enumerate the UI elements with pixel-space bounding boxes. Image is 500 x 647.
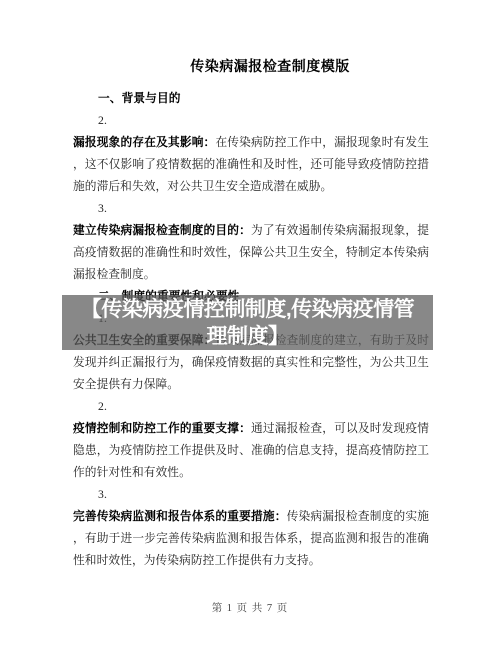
paragraph-line: 漏报现象的存在及其影响：在传染病防控工作中，漏报现象时有发生 — [73, 132, 429, 154]
section-heading-1: 一、背景与目的 — [73, 88, 429, 110]
paragraph-line: 施的滞后和失效，对公共卫生安全造成潜在威胁。 — [73, 176, 429, 198]
watermark-text-line-1: 【传染病疫情控制制度,传染病疫情管 — [81, 296, 414, 323]
paragraph-lead: 疫情控制和防控工作的重要支撑： — [73, 422, 251, 435]
page-number-footer: 第 1 页 共 7 页 — [0, 601, 500, 617]
paragraph-text: 在传染病防控工作中，漏报现象时有发生 — [215, 136, 429, 149]
list-item-number: 3. — [73, 484, 429, 506]
watermark-overlay: 【传染病疫情控制制度,传染病疫情管 理制度】 — [62, 295, 433, 350]
document-page: { "document": { "title": "传染病漏报检查制度模版", … — [0, 0, 500, 647]
paragraph-lead: 建立传染病漏报检查制度的目的： — [73, 224, 251, 237]
paragraph-line: 完善传染病监测和报告体系的重要措施：传染病漏报检查制度的实施 — [73, 506, 429, 528]
paragraph-line: 发现并纠正漏报行为，确保疫情数据的真实性和完整性，为公共卫生 — [73, 352, 429, 374]
paragraph-line: 漏报检查制度。 — [73, 264, 429, 286]
title-spacer — [73, 79, 429, 88]
paragraph-line: 隐患，为疫情防控工作提供及时、准确的信息支持，提高疫情防控工 — [73, 440, 429, 462]
document-title: 传染病漏报检查制度模版 — [73, 57, 429, 79]
paragraph-line: 高疫情数据的准确性和时效性，保障公共卫生安全，特制定本传染病 — [73, 242, 429, 264]
paragraph-line: 性和时效性，为传染病防控工作提供有力支持。 — [73, 550, 429, 572]
paragraph-text: 传染病漏报检查制度的实施 — [287, 510, 429, 523]
paragraph-line: ，这不仅影响了疫情数据的准确性和及时性，还可能导致疫情防控措 — [73, 154, 429, 176]
list-item-number: 2. — [73, 396, 429, 418]
list-item-number: 2. — [73, 110, 429, 132]
paragraph-text: 通过漏报检查，可以及时发现疫情 — [251, 422, 429, 435]
paragraph-lead: 完善传染病监测和报告体系的重要措施： — [73, 510, 287, 523]
paragraph-line: 安全提供有力保障。 — [73, 374, 429, 396]
paragraph-text: 为了有效遏制传染病漏报现象，提 — [251, 224, 429, 237]
paragraph-line: 疫情控制和防控工作的重要支撑：通过漏报检查，可以及时发现疫情 — [73, 418, 429, 440]
watermark-text-line-2: 理制度】 — [207, 323, 289, 350]
paragraph-lead: 漏报现象的存在及其影响： — [73, 136, 215, 149]
paragraph-line: ，有助于进一步完善传染病监测和报告体系，提高监测和报告的准确 — [73, 528, 429, 550]
paragraph-line: 作的针对性和有效性。 — [73, 462, 429, 484]
list-item-number: 3. — [73, 198, 429, 220]
paragraph-line: 建立传染病漏报检查制度的目的：为了有效遏制传染病漏报现象，提 — [73, 220, 429, 242]
